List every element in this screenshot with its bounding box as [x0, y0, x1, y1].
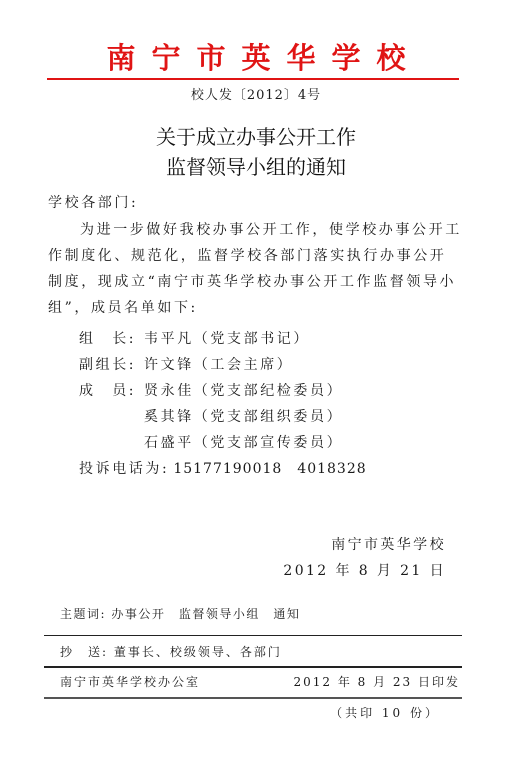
member-role: [79, 430, 144, 456]
member-row-deputy: 副组长: 许文锋（工会主席）: [79, 352, 367, 378]
complaint-phone-row: 投诉电话为: 15177190018 4018328: [79, 456, 367, 482]
footer-rule-top: [44, 635, 462, 636]
document-title-line-1: 关于成立办事公开工作: [0, 124, 512, 150]
footer-rule-bottom: [44, 697, 462, 699]
subject-keywords: 主题词: 办事公开 监督领导小组 通知: [60, 604, 300, 624]
signature-date: 2012 年 8 月 21 日: [283, 560, 446, 580]
member-row-member: 奚其锋（党支部组织委员）: [79, 404, 367, 430]
member-row-member: 石盛平（党支部宣传委员）: [79, 430, 367, 456]
member-row-leader: 组 长: 韦平凡（党支部书记）: [79, 326, 367, 352]
member-name: 石盛平（党支部宣传委员）: [144, 430, 343, 456]
issuing-office: 南宁市英华学校办公室: [60, 672, 200, 692]
member-name: 贤永佳（党支部纪检委员）: [144, 378, 343, 404]
carbon-copy-recipients: 抄 送: 董事长、校级领导、各部门: [60, 642, 282, 662]
complaint-phone-numbers: 15177190018 4018328: [169, 456, 366, 482]
red-header-rule: [47, 78, 459, 80]
body-paragraph: 为进一步做好我校办事公开工作，使学校办事公开工作制度化、规范化，监督学校各部门落…: [48, 217, 462, 321]
member-list: 组 长: 韦平凡（党支部书记） 副组长: 许文锋（工会主席） 成 员: 贤永佳（…: [79, 326, 367, 482]
member-name: 奚其锋（党支部组织委员）: [144, 404, 343, 430]
complaint-phone-label: 投诉电话为:: [79, 456, 169, 482]
member-role: 副组长:: [79, 352, 144, 378]
document-number: 校人发〔2012〕4号: [0, 86, 512, 106]
salutation: 学校各部门:: [48, 190, 138, 216]
copies-printed: （共印 10 份）: [330, 703, 440, 723]
member-role: 组 长:: [79, 326, 144, 352]
member-role: 成 员:: [79, 378, 144, 404]
document-title-line-2: 监督领导小组的通知: [0, 154, 512, 180]
footer-rule-middle: [44, 666, 462, 668]
member-name: 韦平凡（党支部书记）: [144, 326, 310, 352]
organization-masthead: 南宁市英华学校: [0, 38, 512, 78]
issue-date: 2012 年 8 月 23 日印发: [293, 672, 460, 692]
member-row-member: 成 员: 贤永佳（党支部纪检委员）: [79, 378, 367, 404]
signature-organization: 南宁市英华学校: [331, 534, 446, 554]
member-role: [79, 404, 144, 430]
member-name: 许文锋（工会主席）: [144, 352, 293, 378]
